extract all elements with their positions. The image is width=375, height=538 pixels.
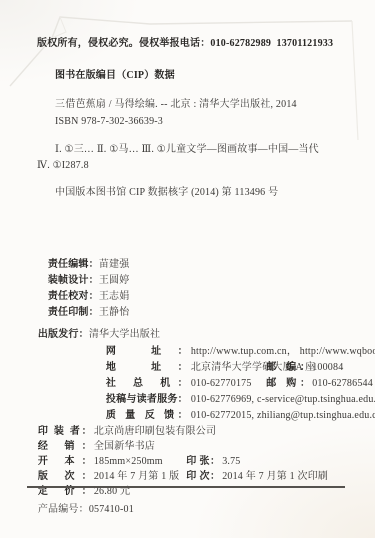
impression-label: 印 次：: [186, 471, 220, 483]
product-number-line: 产品编号：057410-01: [27, 492, 134, 528]
divider-rule: [27, 486, 345, 488]
classification-line-1: Ⅰ. ①三… Ⅱ. ①马… Ⅲ. ①儿童文学—图画故事—中国—当代: [55, 144, 319, 156]
product-number-value: 057410-01: [89, 504, 134, 515]
product-number-label: 产品编号：: [38, 504, 89, 515]
cip-title-line: 三借芭蕉扇 / 马得绘编. -- 北京 : 清华大学出版社, 2014: [55, 99, 297, 111]
publisher-label: 出版发行：: [38, 329, 89, 340]
cip-heading: 图书在版编目（CIP）数据: [55, 70, 175, 82]
quality-feedback-value: 010-62772015, zhiliang@tup.tsinghua.edu.…: [191, 410, 375, 421]
classification-line-2: Ⅳ. ①I287.8: [37, 160, 89, 172]
copyright-notice: 版权所有，侵权必究。侵权举报电话：010-62782989 1370112193…: [37, 38, 333, 50]
cip-record-line: 中国版本图书馆 CIP 数据核字 (2014) 第 113496 号: [55, 187, 278, 199]
copyright-page: 版权所有，侵权必究。侵权举报电话：010-62782989 1370112193…: [0, 0, 375, 538]
isbn-line: ISBN 978-7-302-36639-3: [55, 116, 163, 128]
impression-group: 印 次：2014 年 7 月第 1 次印刷: [170, 459, 328, 495]
impression-value: 2014 年 7 月第 1 次印刷: [222, 471, 328, 482]
